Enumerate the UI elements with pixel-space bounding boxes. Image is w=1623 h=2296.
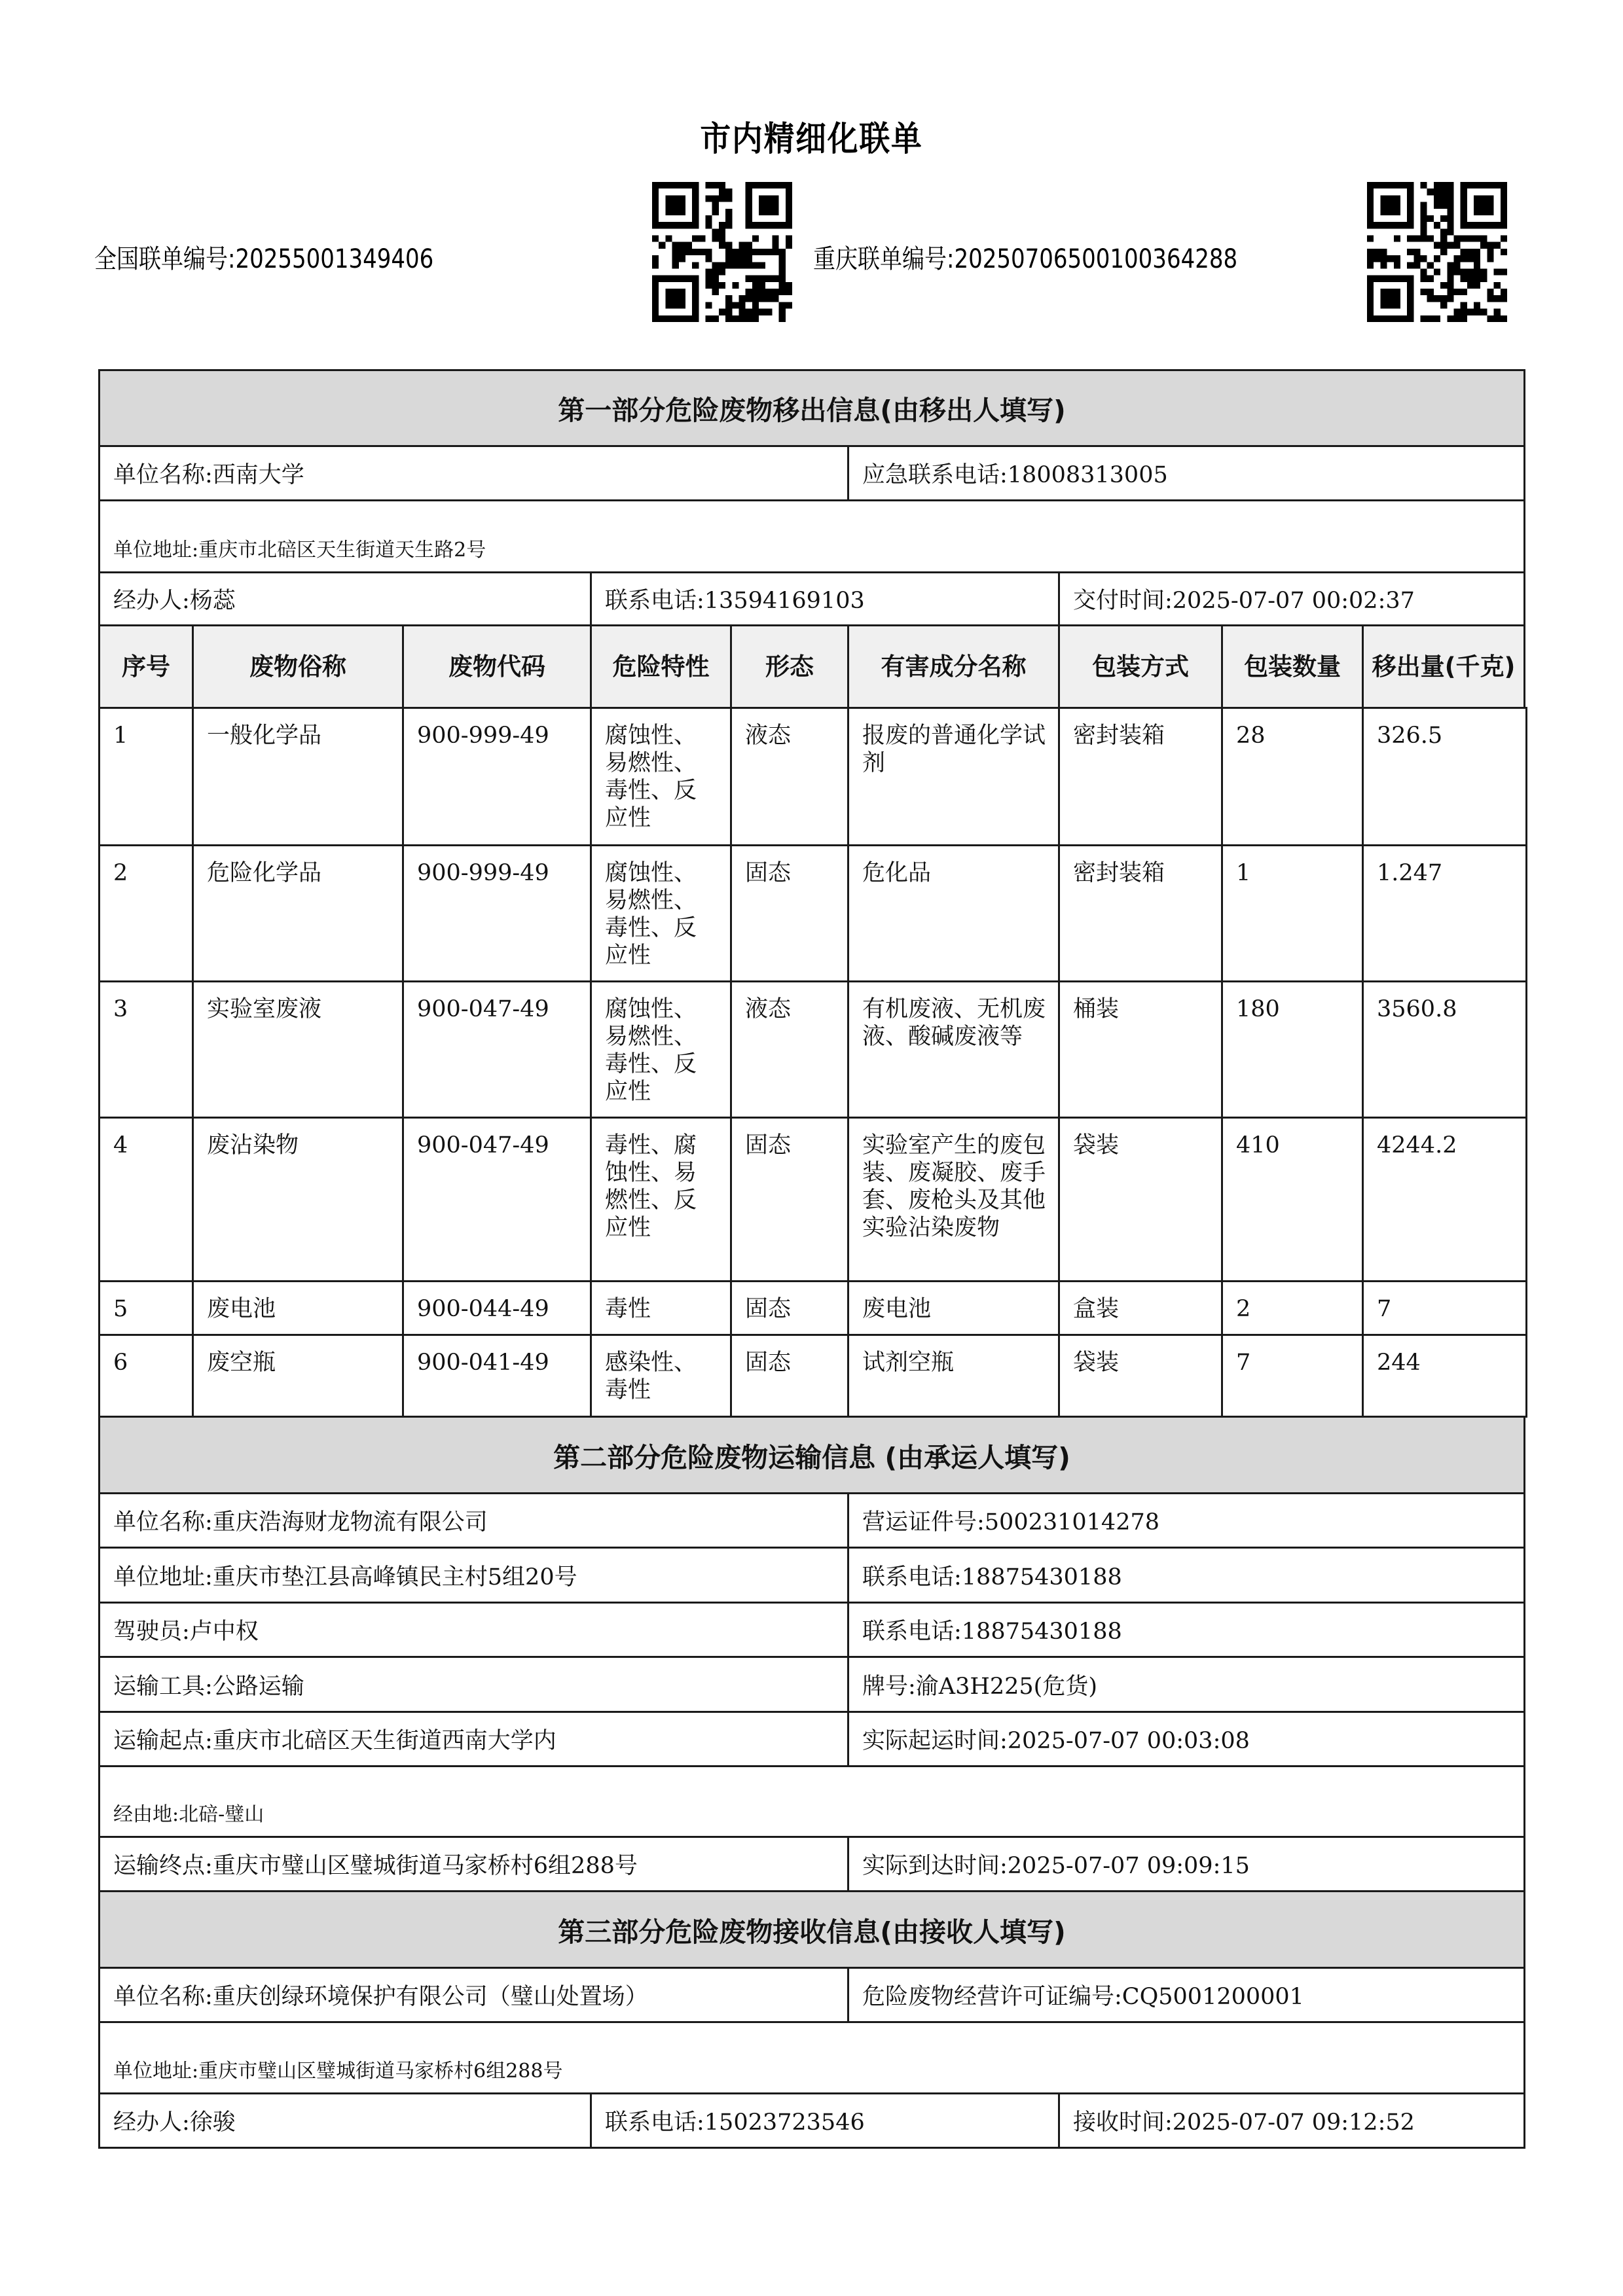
part3-receive-time: 接收时间:2025-07-07 09:12:52 — [1058, 2092, 1525, 2149]
part3-unit-name: 单位名称:重庆创绿环境保护有限公司（璧山处置场） — [98, 1967, 849, 2023]
column-header-no: 序号 — [98, 624, 194, 709]
part2-departure-time: 实际起运时间:2025-07-07 00:03:08 — [847, 1711, 1525, 1767]
part2-transport-tool: 运输工具:公路运输 — [98, 1656, 849, 1713]
part1-contact-phone: 联系电话:13594169103 — [590, 571, 1060, 626]
cell-component: 危化品 — [847, 844, 1062, 982]
cell-waste-name: 废电池 — [192, 1280, 406, 1336]
cell-waste-code: 900-041-49 — [402, 1334, 594, 1418]
part3-handler: 经办人:徐骏 — [98, 2092, 592, 2149]
part2-driver-phone: 联系电话:18875430188 — [847, 1602, 1525, 1658]
chongqing-id-label: 重庆联单编号: — [813, 244, 954, 274]
cell-hazard: 毒性、腐蚀性、易燃性、反应性 — [590, 1117, 734, 1282]
cell-waste-code: 900-999-49 — [402, 707, 594, 846]
cell-package-qty: 180 — [1221, 980, 1366, 1119]
cell-waste-code: 900-047-49 — [402, 1117, 594, 1282]
part3-permit-no: 危险废物经营许可证编号:CQ5001200001 — [847, 1967, 1525, 2023]
cell-weight: 244 — [1362, 1334, 1527, 1418]
cell-waste-code: 900-044-49 — [402, 1280, 594, 1336]
cell-waste-name: 实验室废液 — [192, 980, 406, 1119]
cell-package-qty: 1 — [1221, 844, 1366, 982]
part1-emergency-phone: 应急联系电话:18008313005 — [847, 445, 1525, 501]
qr-code-icon — [1367, 182, 1507, 322]
cell-component: 试剂空瓶 — [847, 1334, 1062, 1418]
column-header-form: 形态 — [730, 624, 849, 709]
cell-waste-code: 900-999-49 — [402, 844, 594, 982]
cell-weight: 1.247 — [1362, 844, 1527, 982]
part2-section-header: 第二部分危险废物运输信息 (由承运人填写) — [98, 1416, 1525, 1494]
cell-no: 2 — [98, 844, 196, 982]
cell-no: 3 — [98, 980, 196, 1119]
part1-handover-time: 交付时间:2025-07-07 00:02:37 — [1058, 571, 1525, 626]
cell-weight: 4244.2 — [1362, 1117, 1527, 1282]
cell-no: 6 — [98, 1334, 196, 1418]
cell-weight: 326.5 — [1362, 707, 1527, 846]
part2-license-no: 营运证件号:500231014278 — [847, 1492, 1525, 1549]
cell-no: 1 — [98, 707, 196, 846]
chongqing-id-value: 20250706500100364288 — [954, 244, 1237, 274]
cell-packaging: 密封装箱 — [1058, 844, 1225, 982]
cell-packaging: 桶装 — [1058, 980, 1225, 1119]
national-id-label: 全国联单编号: — [94, 244, 235, 274]
cell-waste-name: 一般化学品 — [192, 707, 406, 846]
part2-destination: 运输终点:重庆市璧山区璧城街道马家桥村6组288号 — [98, 1836, 849, 1892]
part2-unit-name: 单位名称:重庆浩海财龙物流有限公司 — [98, 1492, 849, 1549]
cell-hazard: 腐蚀性、易燃性、毒性、反应性 — [590, 980, 734, 1119]
cell-package-qty: 7 — [1221, 1334, 1366, 1418]
cell-packaging: 袋装 — [1058, 1117, 1225, 1282]
cell-component: 实验室产生的废包装、废凝胶、废手套、废枪头及其他实验沾染废物 — [847, 1117, 1062, 1282]
cell-packaging: 盒装 — [1058, 1280, 1225, 1336]
part2-arrival-time: 实际到达时间:2025-07-07 09:09:15 — [847, 1836, 1525, 1892]
part3-contact-phone: 联系电话:15023723546 — [590, 2092, 1060, 2149]
part1-unit-address: 单位地址:重庆市北碚区天生街道天生路2号 — [98, 499, 1525, 573]
national-manifest-id: 全国联单编号:20255001349406 — [94, 240, 433, 279]
part2-plate-no: 牌号:渝A3H225(危货) — [847, 1656, 1525, 1713]
cell-form: 液态 — [730, 707, 851, 846]
cell-package-qty: 410 — [1221, 1117, 1366, 1282]
cell-no: 4 — [98, 1117, 196, 1282]
cell-form: 固态 — [730, 1117, 851, 1282]
cell-waste-name: 危险化学品 — [192, 844, 406, 982]
column-header-waste-name: 废物俗称 — [192, 624, 404, 709]
cell-no: 5 — [98, 1280, 196, 1336]
column-header-hazard: 危险特性 — [590, 624, 732, 709]
cell-form: 固态 — [730, 1334, 851, 1418]
cell-form: 固态 — [730, 1280, 851, 1336]
part2-route: 经由地:北碚-璧山 — [98, 1765, 1525, 1838]
part2-origin: 运输起点:重庆市北碚区天生街道西南大学内 — [98, 1711, 849, 1767]
cell-hazard: 腐蚀性、易燃性、毒性、反应性 — [590, 844, 734, 982]
column-header-component: 有害成分名称 — [847, 624, 1060, 709]
part1-section-header: 第一部分危险废物移出信息(由移出人填写) — [98, 369, 1525, 447]
cell-component: 有机废液、无机废液、酸碱废液等 — [847, 980, 1062, 1119]
cell-packaging: 袋装 — [1058, 1334, 1225, 1418]
part2-driver: 驾驶员:卢中权 — [98, 1602, 849, 1658]
cell-hazard: 毒性 — [590, 1280, 734, 1336]
cell-package-qty: 2 — [1221, 1280, 1366, 1336]
document-title: 市内精细化联单 — [81, 111, 1542, 160]
cell-package-qty: 28 — [1221, 707, 1366, 846]
cell-weight: 3560.8 — [1362, 980, 1527, 1119]
part1-unit-name: 单位名称:西南大学 — [98, 445, 849, 501]
column-header-package-qty: 包装数量 — [1221, 624, 1364, 709]
cell-weight: 7 — [1362, 1280, 1527, 1336]
column-header-weight: 移出量(千克) — [1362, 624, 1525, 709]
national-id-value: 20255001349406 — [235, 244, 433, 274]
qr-code-icon — [652, 182, 792, 322]
part1-handler: 经办人:杨蕊 — [98, 571, 592, 626]
cell-waste-name: 废空瓶 — [192, 1334, 406, 1418]
cell-component: 报废的普通化学试剂 — [847, 707, 1062, 846]
cell-hazard: 感染性、毒性 — [590, 1334, 734, 1418]
part2-unit-address: 单位地址:重庆市垫江县高峰镇民主村5组20号 — [98, 1547, 849, 1604]
part3-section-header: 第三部分危险废物接收信息(由接收人填写) — [98, 1890, 1525, 1969]
cell-packaging: 密封装箱 — [1058, 707, 1225, 846]
chongqing-manifest-id: 重庆联单编号:20250706500100364288 — [813, 240, 1237, 279]
cell-form: 固态 — [730, 844, 851, 982]
cell-component: 废电池 — [847, 1280, 1062, 1336]
column-header-packaging: 包装方式 — [1058, 624, 1223, 709]
cell-form: 液态 — [730, 980, 851, 1119]
cell-waste-code: 900-047-49 — [402, 980, 594, 1119]
part3-unit-address: 单位地址:重庆市璧山区璧城街道马家桥村6组288号 — [98, 2021, 1525, 2094]
column-header-waste-code: 废物代码 — [402, 624, 592, 709]
cell-waste-name: 废沾染物 — [192, 1117, 406, 1282]
cell-hazard: 腐蚀性、易燃性、毒性、反应性 — [590, 707, 734, 846]
part2-unit-phone: 联系电话:18875430188 — [847, 1547, 1525, 1604]
